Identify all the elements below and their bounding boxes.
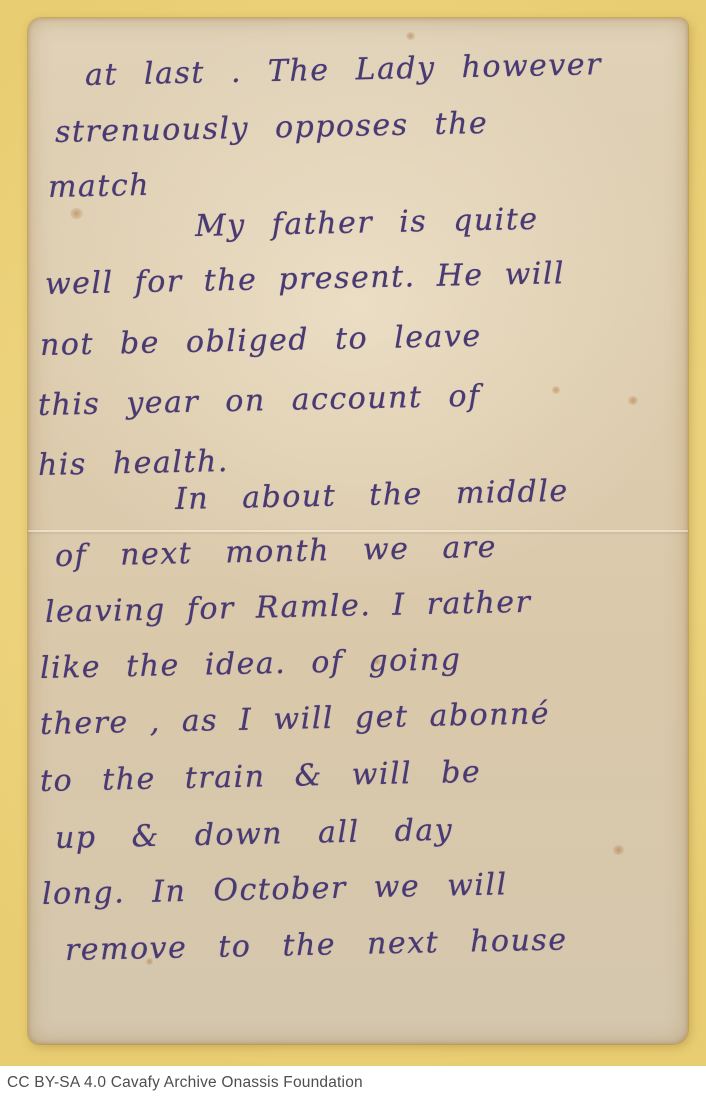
handwritten-line: In about the middle [175,474,569,517]
attribution-bar: CC BY-SA 4.0 Cavafy Archive Onassis Foun… [0,1066,706,1100]
handwritten-line: this year on account of [38,379,481,423]
handwritten-line: well for the present. He will [45,256,566,302]
foxing-spot [70,208,83,219]
handwritten-line: not be obliged to leave [40,319,482,363]
handwritten-line: up & down all day [55,813,454,856]
handwritten-line: at last . The Lady however [85,47,603,93]
foxing-spot [628,396,638,405]
handwritten-line: to the train & will be [40,755,482,799]
handwritten-line: long. In October we will [42,867,508,912]
handwritten-line: remove to the next house [65,922,568,968]
foxing-spot [552,386,560,394]
handwritten-line: strenuously opposes the [55,106,489,150]
handwritten-line: of next month we are [55,530,498,574]
foxing-spot [406,32,415,40]
handwritten-line: there , as I will get abonné [40,696,551,742]
license-caption: CC BY-SA 4.0 Cavafy Archive Onassis Foun… [0,1074,363,1092]
letter-scan-canvas: at last . The Lady however strenuously o… [0,0,706,1100]
handwritten-line: My father is quite [195,202,539,244]
foxing-spot [613,845,624,855]
handwritten-line: match [48,168,151,205]
handwritten-line: leaving for Ramle. I rather [45,585,532,630]
handwritten-line: his health. [38,444,230,483]
letter-page: at last . The Lady however strenuously o… [28,18,688,1044]
handwritten-line: like the idea. of going [40,642,462,686]
